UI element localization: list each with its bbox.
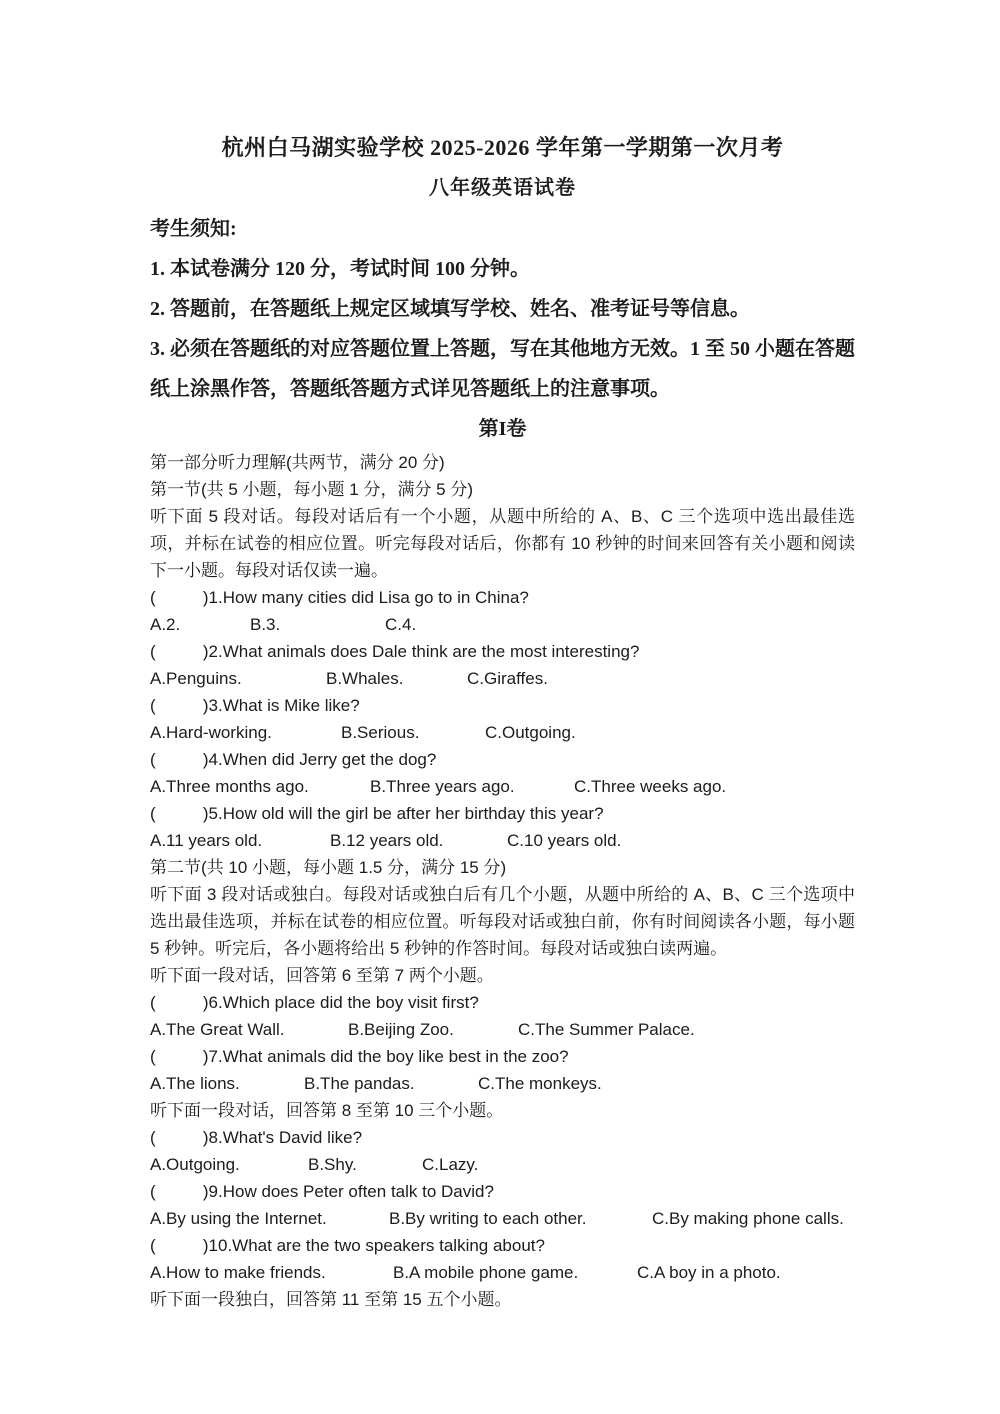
section1-heading: 第一节(共 5 小题，每小题 1 分，满分 5 分): [150, 476, 855, 503]
question-9-options: A.By using the Internet. B.By writing to…: [150, 1205, 855, 1232]
option-a: A.Outgoing.: [150, 1151, 308, 1178]
question-8-stem: ( )8.What's David like?: [150, 1124, 855, 1151]
question-1-stem: ( )1.How many cities did Lisa go to in C…: [150, 584, 855, 611]
notice-item-1: 1. 本试卷满分 120 分，考试时间 100 分钟。: [150, 249, 855, 289]
volume-heading: 第I卷: [150, 409, 855, 449]
question-9-stem: ( )9.How does Peter often talk to David?: [150, 1178, 855, 1205]
option-b: B.Serious.: [341, 719, 485, 746]
option-b: B.Beijing Zoo.: [348, 1016, 518, 1043]
notice-item-3: 3. 必须在答题纸的对应答题位置上答题，写在其他地方无效。1 至 50 小题在答…: [150, 329, 855, 409]
option-c: C.Giraffes.: [467, 665, 855, 692]
option-a: A.The Great Wall.: [150, 1016, 348, 1043]
question-10-options: A.How to make friends. B.A mobile phone …: [150, 1259, 855, 1286]
option-c: C.The monkeys.: [478, 1070, 855, 1097]
group-2-intro: 听下面一段对话，回答第 8 至第 10 三个小题。: [150, 1097, 855, 1124]
question-3-options: A.Hard-working. B.Serious. C.Outgoing.: [150, 719, 855, 746]
option-b: B.A mobile phone game.: [393, 1259, 637, 1286]
option-c: C.A boy in a photo.: [637, 1259, 855, 1286]
part1-heading: 第一部分听力理解(共两节，满分 20 分): [150, 449, 855, 476]
option-b: B.Whales.: [326, 665, 467, 692]
question-10-stem: ( )10.What are the two speakers talking …: [150, 1232, 855, 1259]
question-3-stem: ( )3.What is Mike like?: [150, 692, 855, 719]
option-a: A.The lions.: [150, 1070, 304, 1097]
option-a: A.By using the Internet.: [150, 1205, 389, 1232]
option-c: C.Outgoing.: [485, 719, 855, 746]
option-a: A.Three months ago.: [150, 773, 370, 800]
option-c: C.Lazy.: [422, 1151, 855, 1178]
section1-instructions: 听下面 5 段对话。每段对话后有一个小题，从题中所给的 A、B、C 三个选项中选…: [150, 503, 855, 584]
question-5-options: A.11 years old. B.12 years old. C.10 yea…: [150, 827, 855, 854]
exam-title: 杭州白马湖实验学校 2025-2026 学年第一学期第一次月考: [150, 127, 855, 168]
option-a: A.Hard-working.: [150, 719, 341, 746]
option-b: B.By writing to each other.: [389, 1205, 652, 1232]
question-2-options: A.Penguins. B.Whales. C.Giraffes.: [150, 665, 855, 692]
option-a: A.2.: [150, 611, 250, 638]
option-a: A.How to make friends.: [150, 1259, 393, 1286]
question-6-options: A.The Great Wall. B.Beijing Zoo. C.The S…: [150, 1016, 855, 1043]
question-1-options: A.2. B.3. C.4.: [150, 611, 855, 638]
question-7-options: A.The lions. B.The pandas. C.The monkeys…: [150, 1070, 855, 1097]
question-4-stem: ( )4.When did Jerry get the dog?: [150, 746, 855, 773]
question-5-stem: ( )5.How old will the girl be after her …: [150, 800, 855, 827]
question-7-stem: ( )7.What animals did the boy like best …: [150, 1043, 855, 1070]
question-4-options: A.Three months ago. B.Three years ago. C…: [150, 773, 855, 800]
option-b: B.Shy.: [308, 1151, 422, 1178]
group-3-intro: 听下面一段独白，回答第 11 至第 15 五个小题。: [150, 1286, 855, 1313]
option-a: A.11 years old.: [150, 827, 330, 854]
notice-block: 考生须知: 1. 本试卷满分 120 分，考试时间 100 分钟。 2. 答题前…: [150, 209, 855, 409]
option-b: B.3.: [250, 611, 385, 638]
notice-heading: 考生须知:: [150, 209, 855, 249]
exam-paper-page: 杭州白马湖实验学校 2025-2026 学年第一学期第一次月考 八年级英语试卷 …: [0, 0, 1000, 1414]
exam-subtitle: 八年级英语试卷: [150, 168, 855, 209]
option-a: A.Penguins.: [150, 665, 326, 692]
option-b: B.12 years old.: [330, 827, 507, 854]
question-2-stem: ( )2.What animals does Dale think are th…: [150, 638, 855, 665]
notice-item-2: 2. 答题前，在答题纸上规定区域填写学校、姓名、准考证号等信息。: [150, 289, 855, 329]
listening-part: 第一部分听力理解(共两节，满分 20 分) 第一节(共 5 小题，每小题 1 分…: [150, 449, 855, 1313]
section2-instructions: 听下面 3 段对话或独白。每段对话或独白后有几个小题，从题中所给的 A、B、C …: [150, 881, 855, 962]
option-c: C.4.: [385, 611, 855, 638]
option-c: C.Three weeks ago.: [574, 773, 855, 800]
option-c: C.10 years old.: [507, 827, 855, 854]
option-c: C.The Summer Palace.: [518, 1016, 855, 1043]
option-c: C.By making phone calls.: [652, 1205, 855, 1232]
section2-heading: 第二节(共 10 小题，每小题 1.5 分，满分 15 分): [150, 854, 855, 881]
group-1-intro: 听下面一段对话，回答第 6 至第 7 两个小题。: [150, 962, 855, 989]
question-6-stem: ( )6.Which place did the boy visit first…: [150, 989, 855, 1016]
option-b: B.The pandas.: [304, 1070, 478, 1097]
option-b: B.Three years ago.: [370, 773, 574, 800]
question-8-options: A.Outgoing. B.Shy. C.Lazy.: [150, 1151, 855, 1178]
